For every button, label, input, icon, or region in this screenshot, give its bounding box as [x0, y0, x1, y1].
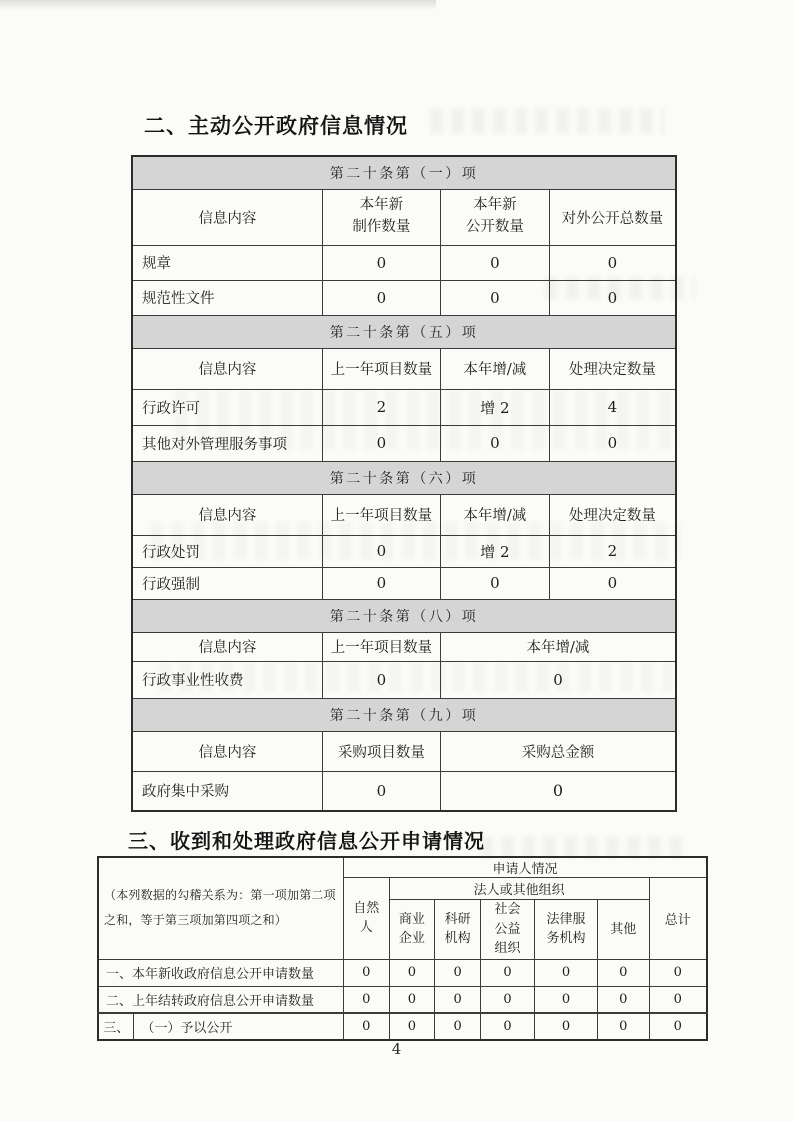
row-label: 行政强制 [132, 567, 322, 599]
column-header: 信息内容 [132, 189, 322, 245]
column-header: 本年新 制作数量 [322, 189, 440, 245]
cell-value: 2 [549, 535, 676, 567]
cell-value: 0 [322, 245, 440, 280]
cell-value: 0 [440, 661, 676, 698]
cell-value: 0 [435, 1013, 481, 1040]
column-header: 信息内容 [132, 731, 322, 771]
row-label: （一）予以公开 [134, 1013, 344, 1040]
column-header: 社会 公益 组织 [480, 900, 534, 960]
column-header: 本年新 公开数量 [440, 189, 549, 245]
cell-value: 0 [440, 245, 549, 280]
cell-value: 0 [649, 1013, 707, 1040]
column-header-natural-person: 自然 人 [343, 878, 389, 960]
column-header: 处理决定数量 [549, 348, 676, 389]
cell-value: 2 [322, 389, 440, 425]
cell-value: 0 [322, 771, 440, 811]
applicant-header: 申请人情况 [343, 857, 707, 878]
cell-value: 0 [549, 245, 676, 280]
column-header: 采购项目数量 [322, 731, 440, 771]
cell-value: 0 [597, 986, 649, 1013]
column-header: 其他 [597, 900, 649, 960]
column-header: 本年增/减 [440, 494, 549, 535]
cell-value: 增 2 [440, 389, 549, 425]
column-header: 本年增/减 [440, 348, 549, 389]
cell-value: 4 [549, 389, 676, 425]
applications-table: （本列数据的勾稽关系为：第一项加第二项之和，等于第三项加第四项之和） 申请人情况… [97, 856, 708, 1041]
column-header: 信息内容 [132, 348, 322, 389]
cell-value: 0 [440, 425, 549, 461]
section-band: 第二十条第（九）项 [132, 698, 676, 731]
row-label: 行政事业性收费 [132, 661, 322, 698]
section-band: 第二十条第（五）项 [132, 315, 676, 348]
row-label: 政府集中采购 [132, 771, 322, 811]
column-header: 法律服 务机构 [535, 900, 598, 960]
column-header: 上一年项目数量 [322, 632, 440, 661]
cell-value: 0 [343, 986, 389, 1013]
document-page: 二、主动公开政府信息情况 第二十条第（一）项 信息内容 本年新 制作数量 本年新… [0, 0, 793, 1122]
reconciliation-note: （本列数据的勾稽关系为：第一项加第二项之和，等于第三项加第四项之和） [98, 857, 343, 959]
proactive-disclosure-table: 第二十条第（一）项 信息内容 本年新 制作数量 本年新 公开数量 对外公开总数量… [131, 155, 677, 812]
column-header: 上一年项目数量 [322, 494, 440, 535]
cell-value: 0 [389, 986, 435, 1013]
row-label: 规章 [132, 245, 322, 280]
cell-value: 0 [535, 1013, 598, 1040]
cell-value: 0 [597, 959, 649, 986]
cell-value: 0 [649, 986, 707, 1013]
row-label: 一、本年新收政府信息公开申请数量 [98, 959, 343, 986]
cell-value: 0 [549, 567, 676, 599]
cell-value: 增 2 [440, 535, 549, 567]
row-label: 行政许可 [132, 389, 322, 425]
row-group-prefix: 三、 [98, 1013, 134, 1040]
cell-value: 0 [322, 567, 440, 599]
cell-value: 0 [535, 986, 598, 1013]
cell-value: 0 [343, 959, 389, 986]
column-header: 对外公开总数量 [549, 189, 676, 245]
cell-value: 0 [440, 567, 549, 599]
column-header: 信息内容 [132, 494, 322, 535]
cell-value: 0 [322, 535, 440, 567]
cell-value: 0 [649, 959, 707, 986]
column-header: 信息内容 [132, 632, 322, 661]
column-header: 科研 机构 [435, 900, 481, 960]
row-label: 行政处罚 [132, 535, 322, 567]
cell-value: 0 [480, 959, 534, 986]
cell-value: 0 [389, 1013, 435, 1040]
cell-value: 0 [322, 661, 440, 698]
cell-value: 0 [343, 1013, 389, 1040]
row-label: 规范性文件 [132, 280, 322, 315]
section-band: 第二十条第（一）项 [132, 156, 676, 189]
legal-entity-group-header: 法人或其他组织 [389, 878, 649, 900]
cell-value: 0 [322, 280, 440, 315]
cell-value: 0 [389, 959, 435, 986]
cell-value: 0 [549, 280, 676, 315]
column-header: 上一年项目数量 [322, 348, 440, 389]
cell-value: 0 [440, 280, 549, 315]
bleed-through-artifact [480, 836, 690, 858]
section-3-title: 三、收到和处理政府信息公开申请情况 [128, 825, 485, 854]
cell-value: 0 [480, 1013, 534, 1040]
cell-value: 0 [480, 986, 534, 1013]
row-label: 其他对外管理服务事项 [132, 425, 322, 461]
section-band: 第二十条第（六）项 [132, 461, 676, 494]
bleed-through-artifact [430, 108, 665, 134]
column-header: 商业 企业 [389, 900, 435, 960]
column-header: 处理决定数量 [549, 494, 676, 535]
column-header-total: 总计 [649, 878, 707, 960]
column-header: 采购总金额 [440, 731, 676, 771]
cell-value: 0 [597, 1013, 649, 1040]
cell-value: 0 [535, 959, 598, 986]
scan-edge-artifact [0, 0, 436, 10]
cell-value: 0 [440, 771, 676, 811]
section-2-title: 二、主动公开政府信息情况 [144, 110, 408, 140]
row-label: 二、上年结转政府信息公开申请数量 [98, 986, 343, 1013]
column-header: 本年增/减 [440, 632, 676, 661]
cell-value: 0 [549, 425, 676, 461]
cell-value: 0 [435, 959, 481, 986]
page-number: 4 [0, 1040, 793, 1058]
cell-value: 0 [435, 986, 481, 1013]
cell-value: 0 [322, 425, 440, 461]
section-band: 第二十条第（八）项 [132, 599, 676, 632]
